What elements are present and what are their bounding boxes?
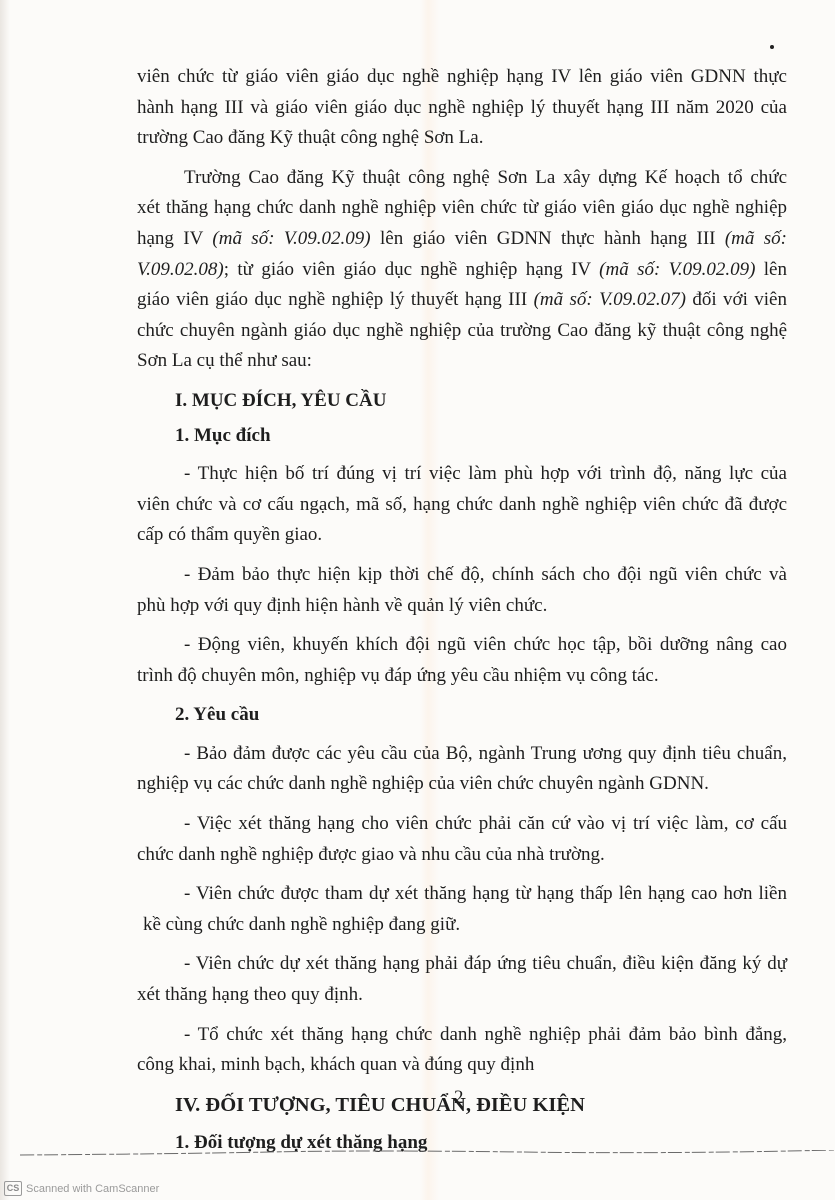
scan-edge-line: [20, 1150, 835, 1156]
text-line: - Viên chức dự xét thăng hạng phải đáp ứ…: [137, 949, 787, 980]
subsection-heading: 1. Mục đích: [137, 421, 787, 452]
code-reference: (mã số: V.09.02.07): [534, 289, 686, 310]
code-reference: (mã số: V.09.02.09): [212, 228, 370, 249]
text-line: hạng IV (mã số: V.09.02.09) lên giáo viê…: [137, 224, 787, 255]
text-line: - Việc xét thăng hạng cho viên chức phải…: [137, 809, 787, 840]
text-line: trường Cao đăng Kỹ thuật công nghệ Sơn L…: [137, 123, 787, 154]
text-line: - Thực hiện bố trí đúng vị trí việc làm …: [137, 459, 787, 490]
bullet-item: - Việc xét thăng hạng cho viên chức phải…: [137, 809, 787, 870]
text-line: hành hạng III và giáo viên giáo dục nghề…: [137, 93, 787, 124]
text-line: Trường Cao đăng Kỹ thuật công nghệ Sơn L…: [137, 163, 787, 194]
watermark-text: Scanned with CamScanner: [26, 1183, 159, 1195]
code-reference: (mã số: V.09.02.09): [599, 259, 755, 280]
text-line: kề cùng chức danh nghề nghiệp đang giữ.: [137, 910, 787, 941]
text-line: - Đảm bảo thực hiện kịp thời chế độ, chí…: [137, 560, 787, 591]
bullet-item: - Bảo đảm được các yêu cầu của Bộ, ngành…: [137, 739, 787, 800]
bullet-item: - Viên chức được tham dự xét thăng hạng …: [137, 879, 787, 940]
text-fragment: giáo viên giáo dục nghề nghiệp lý thuyết…: [137, 289, 534, 310]
text-fragment: ; từ giáo viên giáo dục nghề nghiệp hạng…: [224, 259, 599, 280]
text-line: - Bảo đảm được các yêu cầu của Bộ, ngành…: [137, 739, 787, 770]
text-fragment: lên: [755, 259, 787, 280]
text-line: V.09.02.08); từ giáo viên giáo dục nghề …: [137, 255, 787, 286]
bullet-item: - Tổ chức xét thăng hạng chức danh nghề …: [137, 1020, 787, 1081]
text-line: Sơn La cụ thể như sau:: [137, 346, 787, 377]
code-reference: V.09.02.08): [137, 259, 224, 280]
plan-paragraph: Trường Cao đăng Kỹ thuật công nghệ Sơn L…: [137, 163, 787, 377]
scan-speck: [770, 45, 774, 49]
text-line: - Viên chức được tham dự xét thăng hạng …: [137, 879, 787, 910]
camscanner-logo-icon: CS: [4, 1181, 22, 1196]
text-line: viên chức và cơ cấu ngạch, mã số, hạng c…: [137, 490, 787, 521]
page-number: 2: [454, 1087, 464, 1109]
bullet-item: - Viên chức dự xét thăng hạng phải đáp ứ…: [137, 949, 787, 1010]
document-body: viên chức từ giáo viên giáo dục nghề ngh…: [137, 62, 787, 1167]
section-heading: I. MỤC ĐÍCH, YÊU CẦU: [137, 386, 787, 417]
text-line: chức chuyên ngành giáo dục nghề nghiệp c…: [137, 316, 787, 347]
bullet-item: - Động viên, khuyến khích đội ngũ viên c…: [137, 630, 787, 691]
bullet-item: - Thực hiện bố trí đúng vị trí việc làm …: [137, 459, 787, 551]
text-line: trình độ chuyên môn, nghiệp vụ đáp ứng y…: [137, 661, 787, 692]
text-line: - Động viên, khuyến khích đội ngũ viên c…: [137, 630, 787, 661]
text-fragment: hạng IV: [137, 228, 212, 249]
code-reference: (mã số:: [725, 228, 787, 249]
text-line: chức danh nghề nghiệp được giao và nhu c…: [137, 840, 787, 871]
intro-paragraph: viên chức từ giáo viên giáo dục nghề ngh…: [137, 62, 787, 154]
scanned-page: viên chức từ giáo viên giáo dục nghề ngh…: [0, 0, 835, 1200]
text-line: - Tổ chức xét thăng hạng chức danh nghề …: [137, 1020, 787, 1051]
text-line: công khai, minh bạch, khách quan và đúng…: [137, 1050, 787, 1081]
bullet-item: - Đảm bảo thực hiện kịp thời chế độ, chí…: [137, 560, 787, 621]
text-fragment: lên giáo viên GDNN thực hành hạng III: [371, 228, 725, 249]
camscanner-watermark: CS Scanned with CamScanner: [4, 1181, 159, 1196]
text-fragment: đối với viên: [686, 289, 787, 310]
text-line: viên chức từ giáo viên giáo dục nghề ngh…: [137, 62, 787, 93]
subsection-heading: 2. Yêu cầu: [137, 700, 787, 731]
text-line: nghiệp vụ các chức danh nghề nghiệp của …: [137, 769, 787, 800]
text-line: cấp có thẩm quyền giao.: [137, 520, 787, 551]
text-line: phù hợp với quy định hiện hành về quản l…: [137, 591, 787, 622]
text-line: xét thăng hạng theo quy định.: [137, 980, 787, 1011]
text-line: xét thăng hạng chức danh nghề nghiệp viê…: [137, 193, 787, 224]
text-line: giáo viên giáo dục nghề nghiệp lý thuyết…: [137, 285, 787, 316]
